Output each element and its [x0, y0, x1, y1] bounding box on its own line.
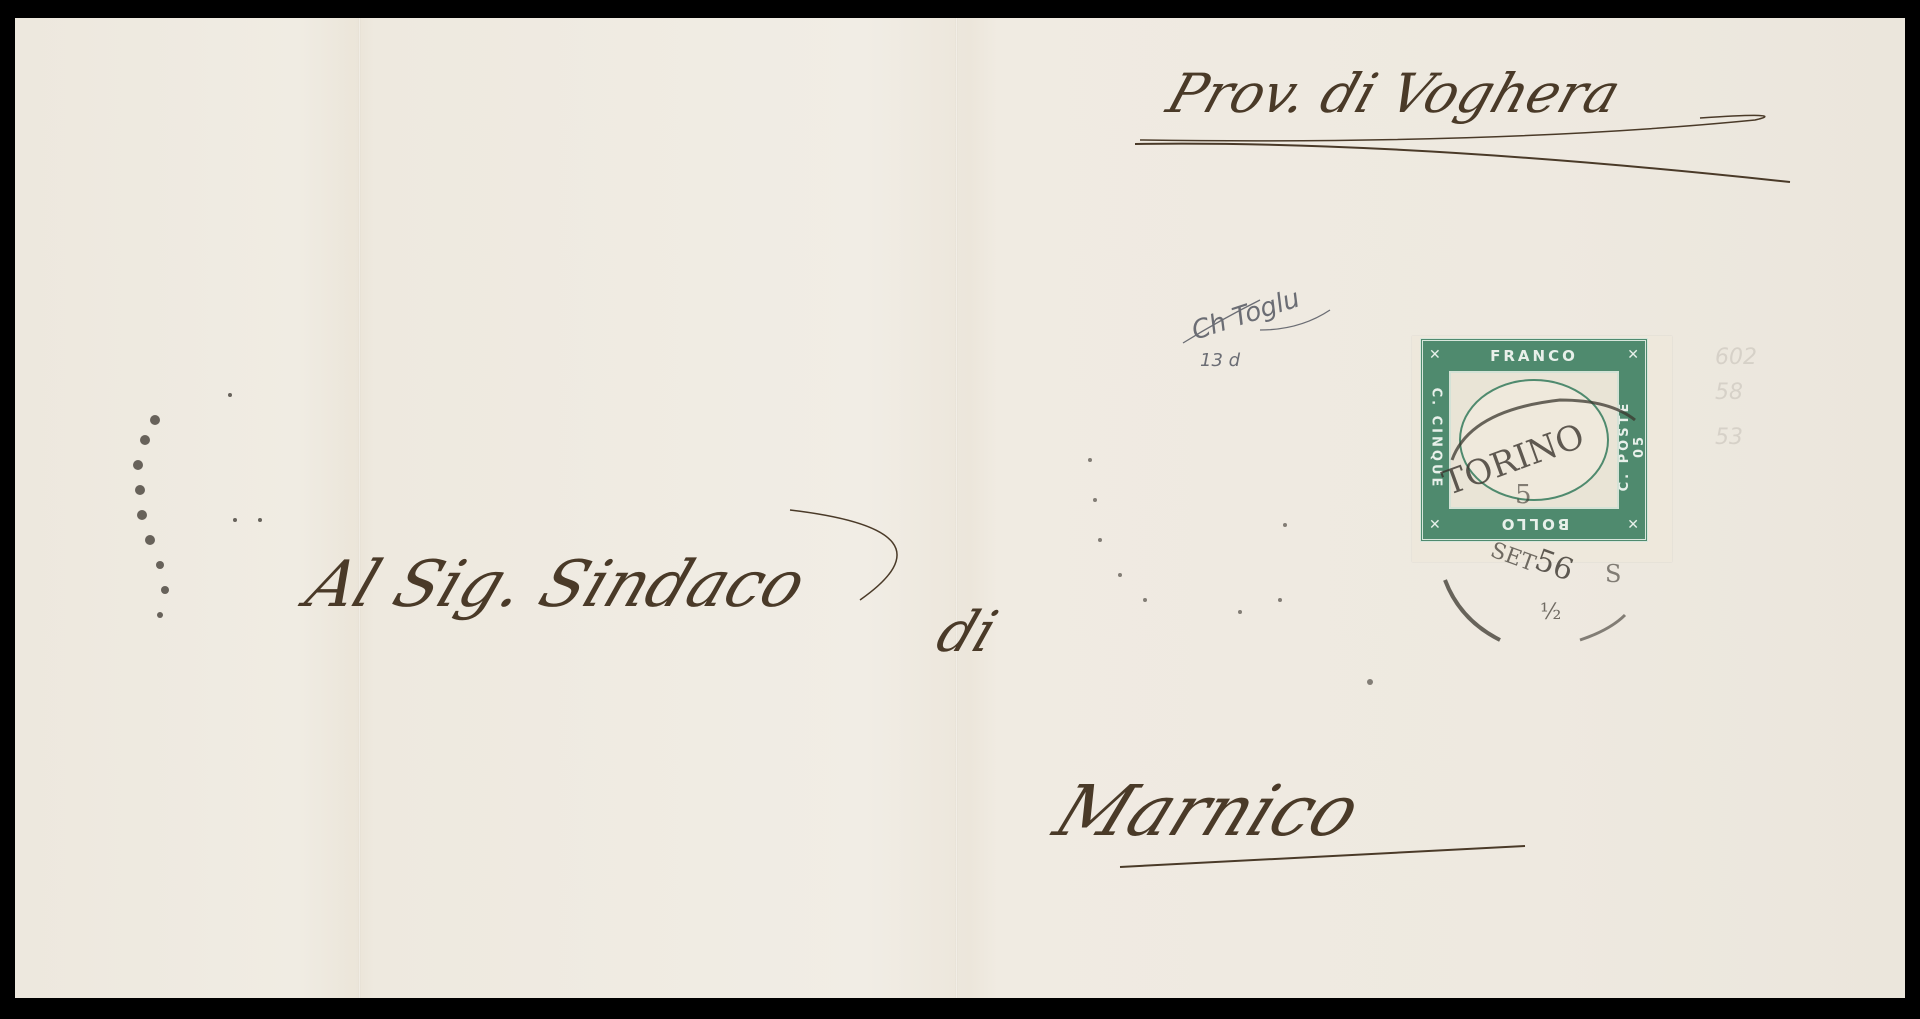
postmark-fraction: ½ — [1540, 600, 1561, 625]
postmark-suffix: S — [1605, 560, 1621, 588]
postmark-ring — [0, 0, 1920, 1019]
postmark-day: 5 — [1515, 480, 1532, 510]
